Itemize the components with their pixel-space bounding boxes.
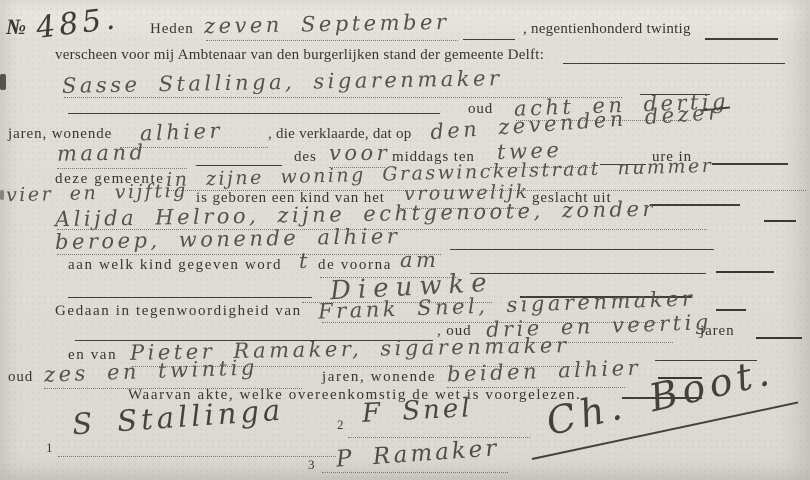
fill-line <box>57 254 441 255</box>
hw-residence1: alhier <box>140 119 224 146</box>
printed-jaren1: jaren <box>700 323 734 340</box>
hw-mother2: beroep, wonende alhier <box>55 224 401 254</box>
hw-birth-location2: vier en vijftig <box>6 180 188 207</box>
hw-date: zeven September <box>204 10 450 38</box>
signature-line <box>58 456 336 457</box>
hw-voor: voor <box>329 141 390 165</box>
printed-aan-welk: aan welk kind gegeven word <box>68 257 282 274</box>
hw-declarant: Sasse Stallinga, sigarenmaker <box>62 66 503 98</box>
fill-line <box>764 220 796 222</box>
scan-artifact <box>0 74 6 90</box>
number-sign: № <box>6 14 26 40</box>
printed-gedaan: Gedaan in tegenwoordigheid van <box>55 303 302 320</box>
printed-des: des <box>294 149 317 166</box>
signature-witness2: P Ramaker <box>335 435 500 472</box>
act-number: 485. <box>34 1 120 46</box>
hw-voornaam-am: am <box>400 248 439 272</box>
fill-line <box>716 271 774 273</box>
printed-de-voorna: de voorna <box>318 257 392 274</box>
fill-line <box>563 63 785 64</box>
fill-line <box>716 309 746 311</box>
hw-witness-residence: beiden alhier <box>447 356 642 387</box>
printed-oud3: oud <box>8 369 33 386</box>
birth-certificate-scan: № 485. Heden zeven September , negentien… <box>0 0 810 480</box>
scan-artifact <box>0 190 4 200</box>
printed-heden: Heden <box>150 21 194 38</box>
printed-verscheen: verscheen voor mij Ambtenaar van den bur… <box>55 47 544 64</box>
fill-line <box>705 38 778 40</box>
hw-maand: maand <box>57 140 147 166</box>
signature-index-2: 2 <box>337 417 344 433</box>
fill-line <box>463 39 515 40</box>
fill-line <box>650 204 740 206</box>
fill-line <box>450 249 714 250</box>
fill-line <box>470 273 706 274</box>
fill-line <box>756 337 802 339</box>
signature-declarant: S Stallinga <box>71 393 285 442</box>
fill-line <box>712 163 788 165</box>
signature-line <box>322 472 508 473</box>
signature-witness1: F Snel <box>361 393 473 429</box>
signature-index-3: 3 <box>308 457 315 473</box>
printed-year: , negentienhonderd twintig <box>523 21 691 38</box>
fill-line <box>68 297 312 298</box>
fill-line <box>206 40 458 41</box>
fill-line <box>68 113 440 114</box>
signature-index-1: 1 <box>46 440 53 456</box>
printed-jaren-wonende2: jaren, wonende <box>322 369 436 386</box>
signature-line <box>348 437 530 438</box>
hw-word-t: t <box>299 249 311 273</box>
